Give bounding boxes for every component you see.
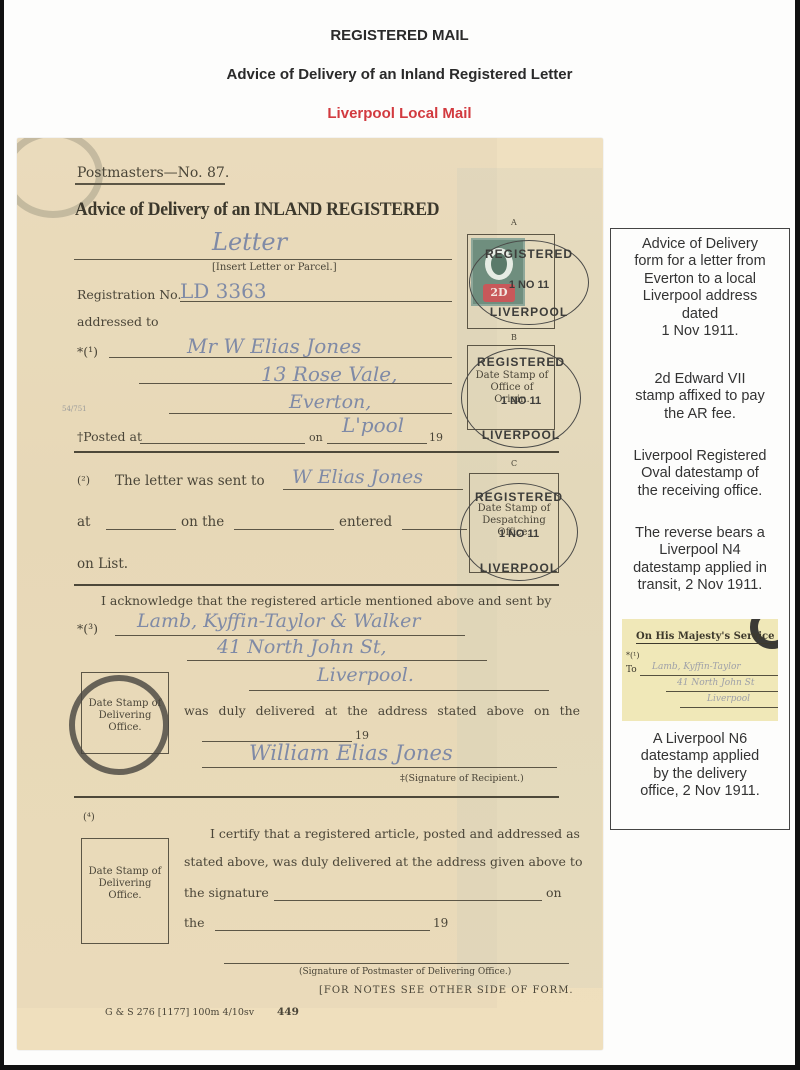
form-number-underline — [75, 183, 225, 185]
posted-place-handwritten: L'pool — [342, 415, 404, 435]
album-page: REGISTERED MAIL Advice of Delivery of an… — [4, 0, 795, 1065]
delivered-year: 19 — [355, 730, 369, 741]
certify-date-line — [215, 930, 430, 931]
notes-text: [FOR NOTES SEE OTHER SIDE OF FORM. — [319, 986, 574, 996]
entered-label: entered — [339, 516, 392, 530]
form-title: Advice of Delivery of an INLAND REGISTER… — [75, 200, 439, 219]
registration-number-handwritten: LD 3363 — [180, 281, 267, 301]
form-imprint: G & S 276 [1177] 100m 4/10sv — [105, 1008, 254, 1018]
section-divider-3 — [74, 796, 559, 798]
section-2-marker: (²) — [77, 475, 90, 486]
on-the-line — [234, 529, 334, 530]
certify-line-2: stated above, was duly delivered at the … — [184, 856, 582, 869]
section-title: Liverpool Local Mail — [4, 105, 795, 122]
section-divider-2 — [74, 584, 559, 586]
section-4-marker: (⁴) — [83, 813, 95, 823]
box-b-letter: B — [511, 334, 517, 342]
pencil-note: 54/751 — [62, 406, 87, 413]
addressee-rule-3 — [169, 413, 452, 414]
box-a-letter: A — [511, 219, 517, 227]
certify-the-label: the — [184, 917, 204, 930]
posted-on-label: on — [309, 432, 323, 443]
registration-label: Registration No. — [77, 289, 181, 302]
lower-stamp-caption: Date Stamp of Delivering Office. — [83, 866, 167, 902]
page-title: REGISTERED MAIL — [4, 27, 795, 44]
acknowledge-text: I acknowledge that the registered articl… — [101, 595, 551, 608]
at-line — [106, 529, 176, 530]
posted-at-line — [140, 443, 305, 444]
sender-line-3: Liverpool. — [317, 666, 414, 685]
addressee-line-3: Everton, — [289, 393, 371, 412]
certify-line-1: I certify that a registered article, pos… — [210, 828, 580, 841]
article-type-handwritten: Letter — [212, 230, 287, 254]
addressee-line-1: Mr W Elias Jones — [187, 336, 361, 356]
article-type-caption: [Insert Letter or Parcel.] — [212, 263, 337, 273]
certify-year: 19 — [433, 917, 448, 929]
reverse-thumbnail: On His Majesty's Service *(¹) To Lamb, K… — [622, 619, 778, 721]
note-paragraph-1: Advice of Delivery form for a letter fro… — [611, 236, 789, 340]
sent-to-handwritten: W Elias Jones — [292, 468, 423, 487]
posted-at-label: †Posted at — [77, 431, 142, 444]
note-paragraph-2: 2d Edward VII stamp affixed to pay the A… — [611, 371, 789, 423]
note-paragraph-5: A Liverpool N6 datestamp applied by the … — [611, 731, 789, 801]
postmaster-signature-line — [224, 963, 569, 964]
on-list-label: on List. — [77, 558, 128, 572]
footnote-1-marker: *(¹) — [77, 346, 98, 359]
notes-panel: Advice of Delivery form for a letter fro… — [610, 228, 790, 830]
addressee-line-2: 13 Rose Vale, — [261, 364, 397, 384]
note-paragraph-3: Liverpool Registered Oval datestamp of t… — [611, 448, 789, 500]
page-subtitle: Advice of Delivery of an Inland Register… — [4, 66, 795, 83]
recipient-signature-caption: ‡(Signature of Recipient.) — [400, 774, 524, 784]
recipient-signature-line — [202, 767, 557, 768]
recipient-signature-handwritten: William Elias Jones — [249, 743, 453, 764]
box-c-letter: C — [511, 460, 517, 468]
posted-on-line — [327, 443, 427, 444]
postmaster-signature-caption: (Signature of Postmaster of Delivering O… — [299, 968, 511, 977]
registered-oval-postmark-a: REGISTERED 1 NO 11 LIVERPOOL — [469, 240, 589, 325]
addressee-rule-2 — [139, 383, 452, 384]
advice-of-delivery-form: Postmasters—No. 87. Advice of Delivery o… — [17, 138, 603, 1050]
posted-year: 19 — [429, 432, 443, 443]
registration-line — [180, 301, 452, 302]
registered-oval-postmark-c: REGISTERED 1 NO 11 LIVERPOOL — [460, 483, 578, 581]
at-label: at — [77, 516, 90, 530]
section-divider-1 — [74, 451, 559, 453]
delivery-stamp-caption: Date Stamp of Delivering Office. — [83, 698, 167, 734]
certify-on-label: on — [546, 887, 562, 900]
entered-line — [402, 529, 467, 530]
article-type-line — [74, 259, 452, 260]
registered-oval-postmark-b: REGISTERED 1 NO 11 LIVERPOOL — [461, 348, 581, 448]
sender-line-1: Lamb, Kyffin-Taylor & Walker — [137, 612, 420, 631]
footnote-3-marker: *(³) — [77, 623, 98, 636]
form-imprint-number: 449 — [277, 1007, 299, 1018]
on-the-label: on the — [181, 516, 224, 530]
certify-signature-line — [274, 900, 542, 901]
addressee-rule-1 — [109, 357, 452, 358]
form-number: Postmasters—No. 87. — [77, 166, 229, 180]
sent-to-line — [283, 489, 463, 490]
sent-to-label: The letter was sent to — [115, 475, 265, 489]
addressed-to-label: addressed to — [77, 316, 159, 329]
note-paragraph-4: The reverse bears a Liverpool N4 datesta… — [611, 525, 789, 595]
duly-delivered-text: was duly delivered at the address stated… — [184, 705, 580, 718]
sender-rule-2 — [187, 660, 487, 661]
sender-line-2: 41 North John St, — [217, 638, 387, 657]
sender-rule-3 — [249, 690, 549, 691]
certify-signature-label: the signature — [184, 887, 269, 900]
